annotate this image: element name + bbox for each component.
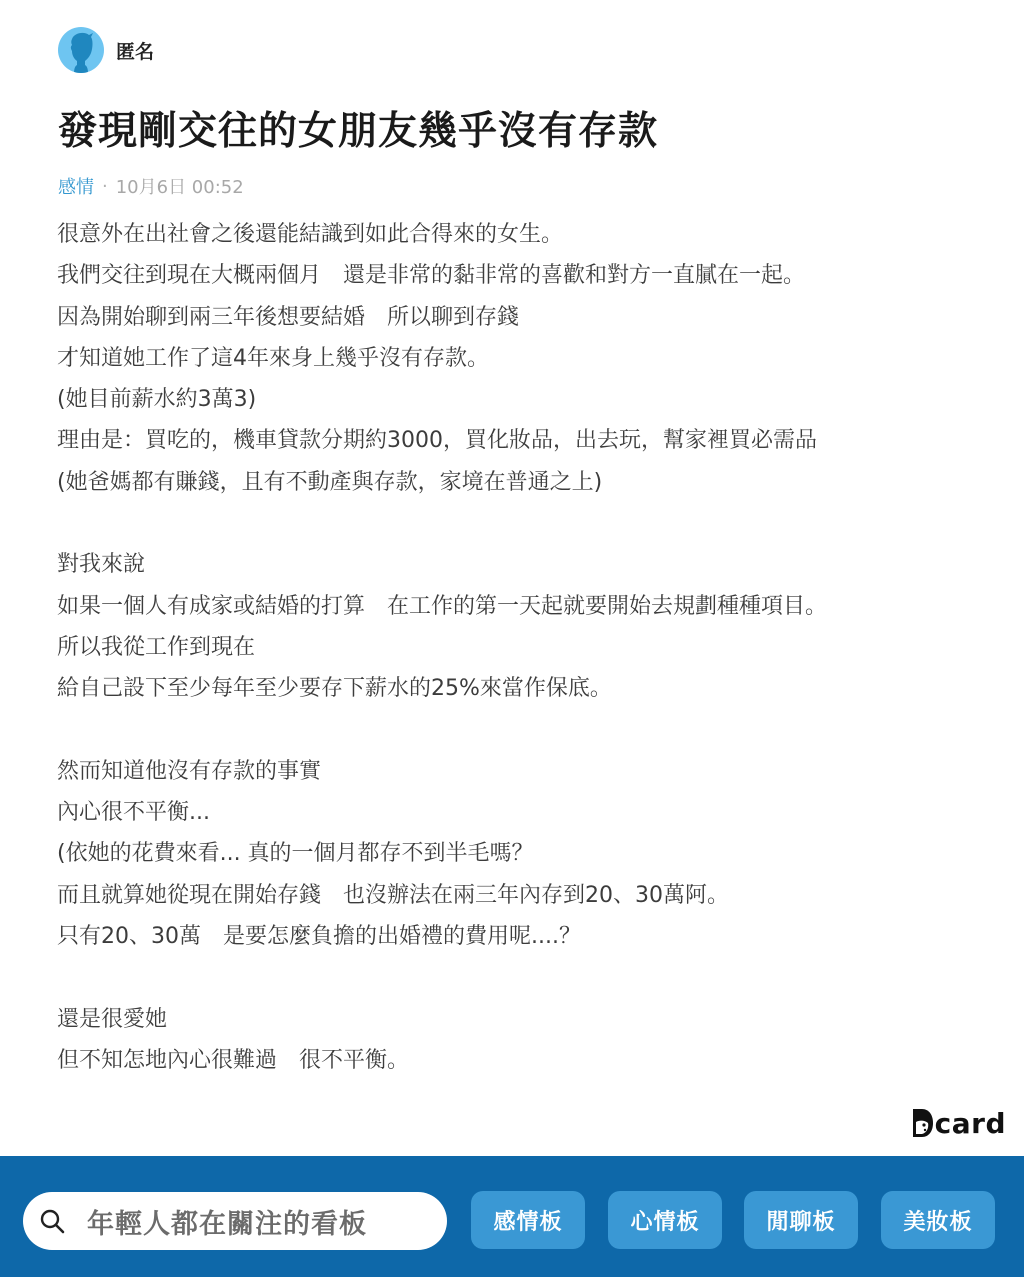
- footer-bar: 年輕人都在關注的看板 感情板 心情板 閒聊板 美妝板: [0, 1156, 1024, 1277]
- search-icon: [39, 1208, 65, 1234]
- body-line: 才知道她工作了這4年來身上幾乎沒有存款。: [57, 338, 977, 379]
- body-line: (依她的花費來看... 真的一個月都存不到半毛嗎？: [57, 833, 977, 874]
- body-line: 所以我從工作到現在: [57, 627, 977, 668]
- board-chip-relationship[interactable]: 感情板: [471, 1191, 585, 1249]
- post-author: 匿名: [58, 27, 154, 73]
- board-link[interactable]: 感情: [58, 173, 94, 199]
- body-line: 只有20、30萬 是要怎麼負擔的出婚禮的費用呢....？: [57, 916, 977, 957]
- anonymous-avatar-icon: [58, 27, 104, 73]
- body-line: 然而知道他沒有存款的事實: [57, 751, 977, 792]
- body-line: (她爸媽都有賺錢，且有不動產與存款，家境在普通之上): [57, 462, 977, 503]
- post-date: 10月6日 00:52: [116, 173, 244, 199]
- author-name: 匿名: [116, 37, 154, 64]
- body-line: 給自己設下至少每年至少要存下薪水的25%來當作保底。: [57, 668, 977, 709]
- body-line: 對我來說: [57, 544, 977, 585]
- post-body: 很意外在出社會之後還能結識到如此合得來的女生。 我們交往到現在大概兩個月 還是非…: [57, 214, 977, 1081]
- search-placeholder: 年輕人都在關注的看板: [87, 1202, 367, 1241]
- body-line: [57, 710, 977, 751]
- body-line: 如果一個人有成家或結婚的打算 在工作的第一天起就要開始去規劃種種項目。: [57, 586, 977, 627]
- dcard-logo: card: [912, 1104, 1006, 1138]
- board-search-input[interactable]: 年輕人都在關注的看板: [23, 1192, 447, 1250]
- body-line: 理由是：買吃的，機車貸款分期約3000，買化妝品，出去玩，幫家裡買必需品: [57, 420, 977, 461]
- body-line: 因為開始聊到兩三年後想要結婚 所以聊到存錢: [57, 297, 977, 338]
- body-line: 很意外在出社會之後還能結識到如此合得來的女生。: [57, 214, 977, 255]
- logo-text: card: [935, 1110, 1006, 1138]
- post-page: 匿名 發現剛交往的女朋友幾乎沒有存款 感情 · 10月6日 00:52 很意外在…: [0, 0, 1024, 1277]
- board-chip-talk[interactable]: 閒聊板: [744, 1191, 858, 1249]
- body-line: 內心很不平衡...: [57, 792, 977, 833]
- body-line: 還是很愛她: [57, 999, 977, 1040]
- dcard-logo-icon: [912, 1108, 934, 1138]
- body-line: 而且就算她從現在開始存錢 也沒辦法在兩三年內存到20、30萬阿。: [57, 875, 977, 916]
- body-line: (她目前薪水約3萬3): [57, 379, 977, 420]
- body-line: 但不知怎地內心很難過 很不平衡。: [57, 1040, 977, 1081]
- body-line: [57, 957, 977, 998]
- body-line: 我們交往到現在大概兩個月 還是非常的黏非常的喜歡和對方一直膩在一起。: [57, 255, 977, 296]
- post-title: 發現剛交往的女朋友幾乎沒有存款: [58, 100, 658, 156]
- body-line: [57, 503, 977, 544]
- board-chip-makeup[interactable]: 美妝板: [881, 1191, 995, 1249]
- post-meta: 感情 · 10月6日 00:52: [58, 173, 244, 199]
- board-chip-mood[interactable]: 心情板: [608, 1191, 722, 1249]
- meta-separator: ·: [102, 176, 108, 197]
